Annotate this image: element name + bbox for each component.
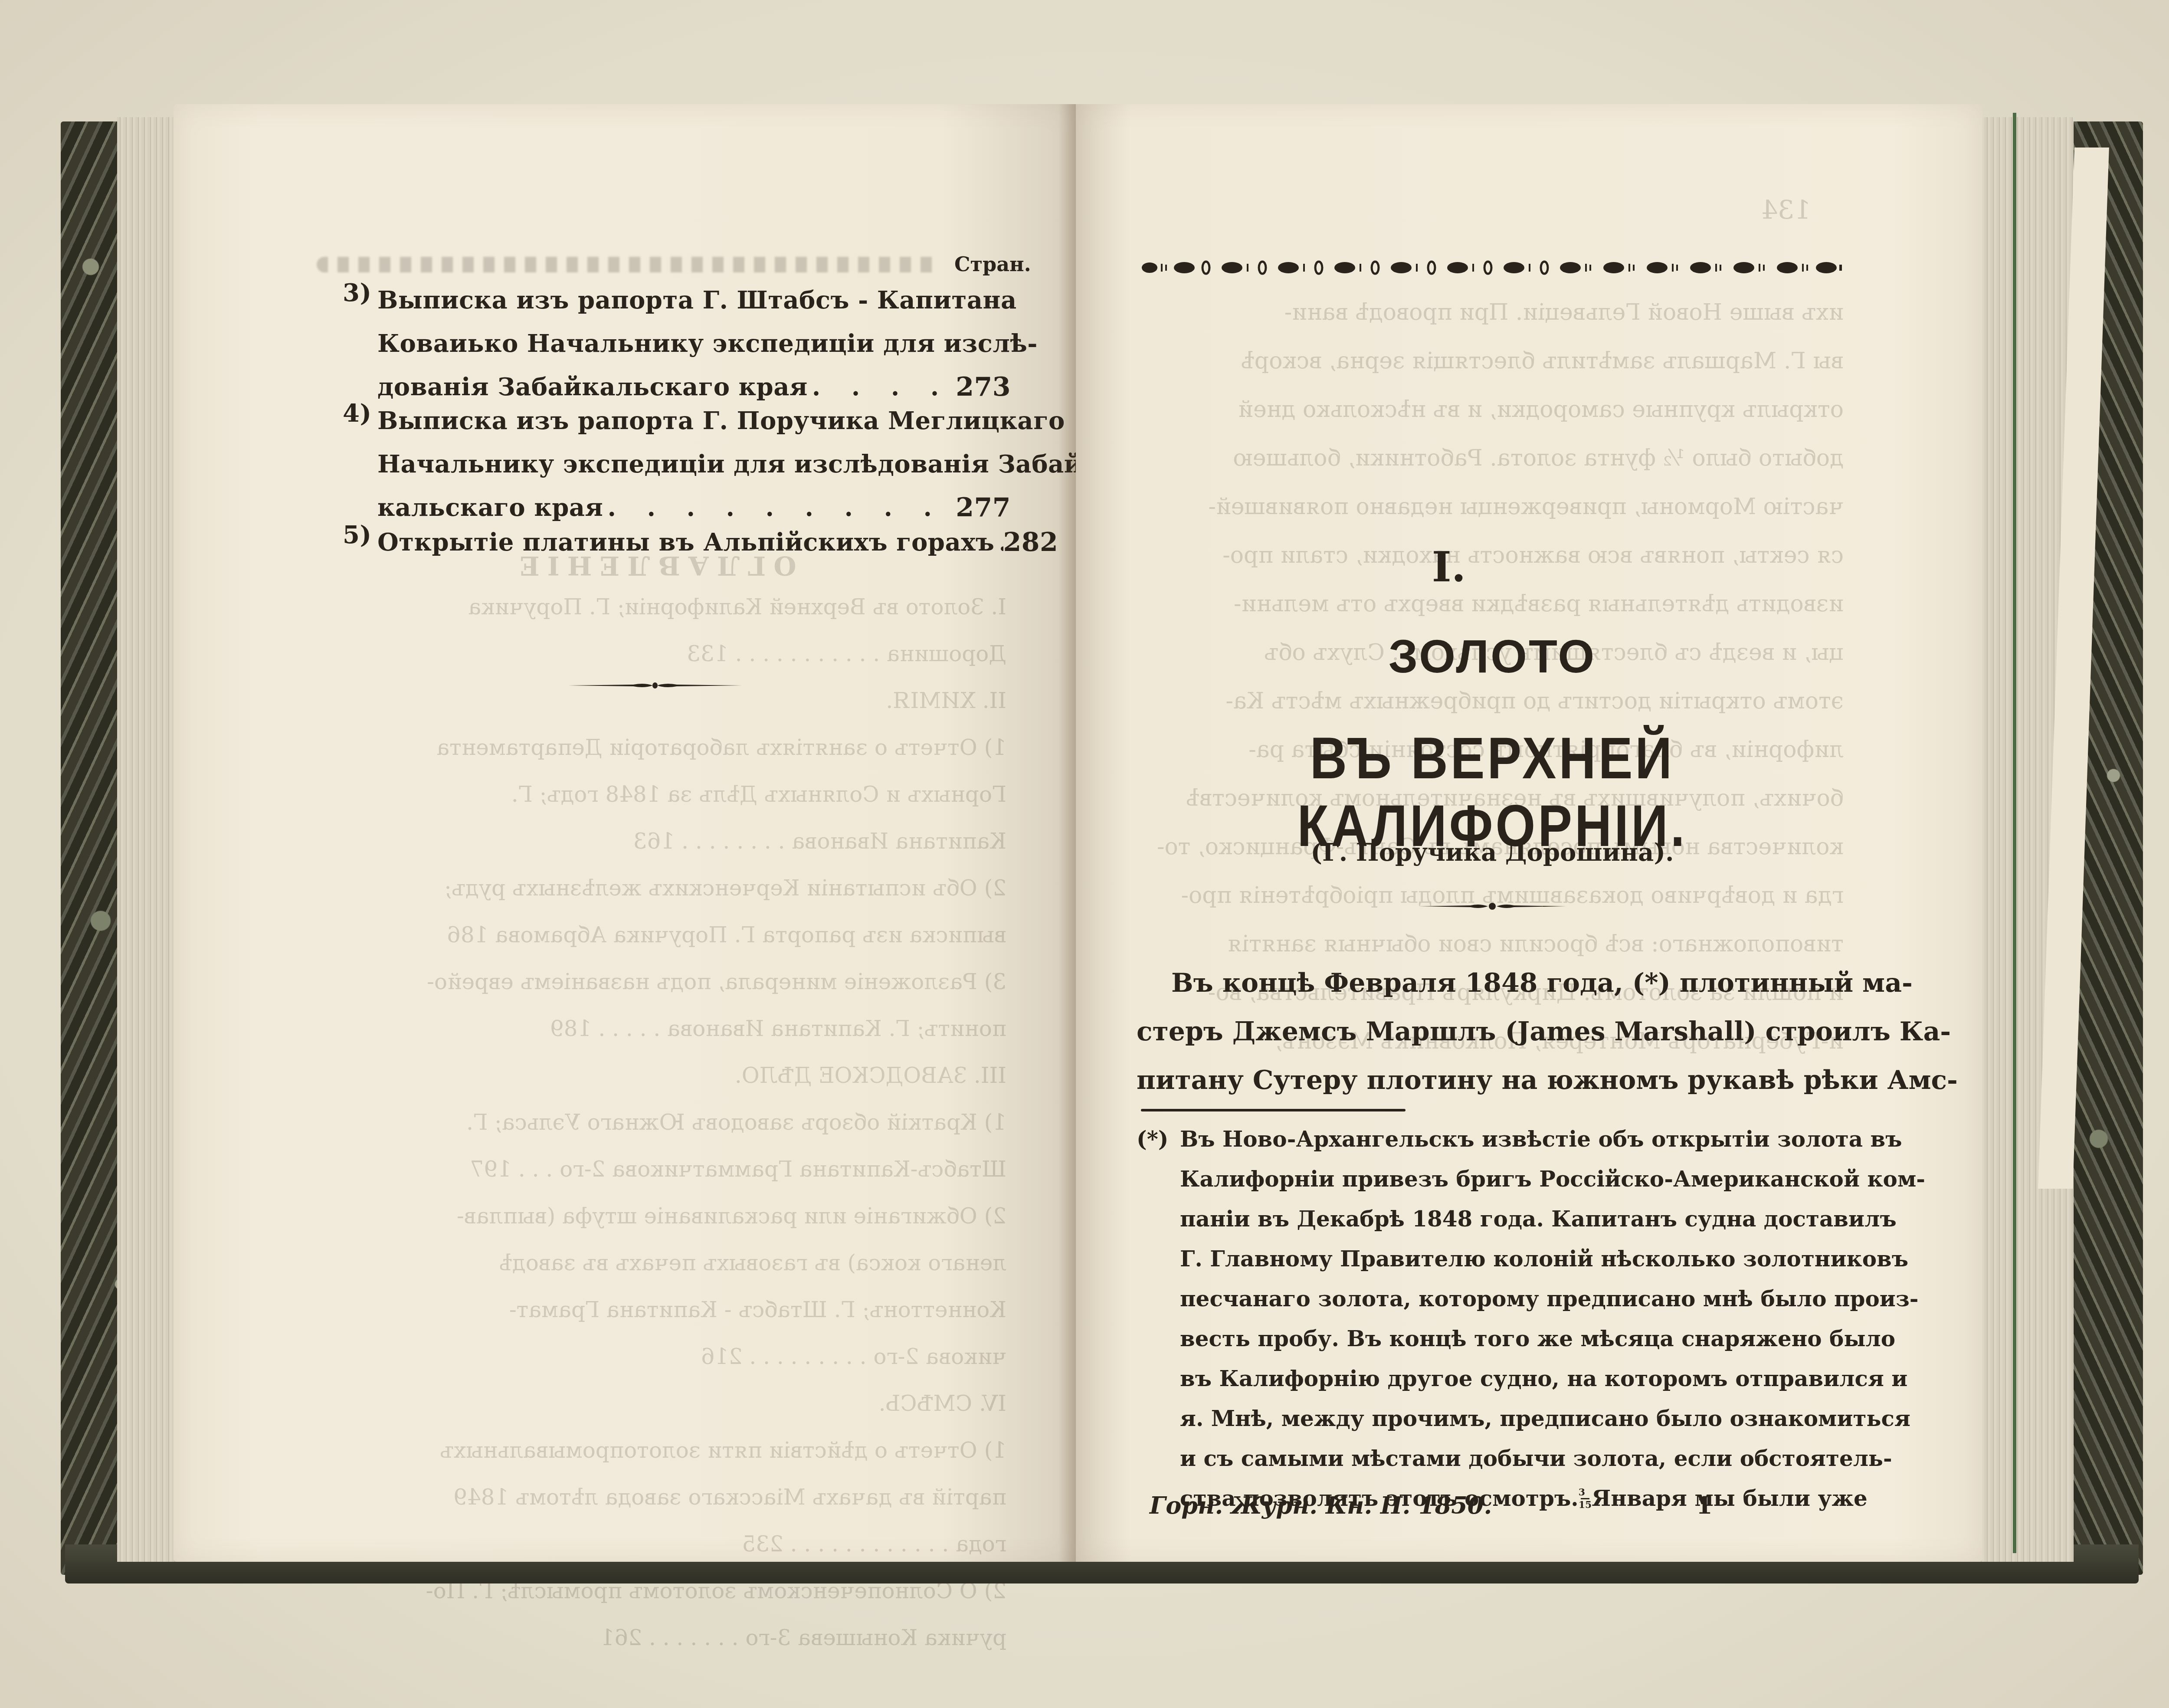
date-fraction: 3 15 <box>1579 1488 1592 1510</box>
signature-mark: 1 <box>1696 1492 1713 1519</box>
toc-number: 5) <box>343 521 371 549</box>
article-title-line1: ЗОЛОТО <box>1141 629 1844 683</box>
toc-leader-dots: . . <box>995 521 1003 564</box>
headpiece-ornament-icon <box>1141 260 1844 275</box>
article-byline: (Г. Поручика Дорошина). <box>1141 838 1844 867</box>
article-body: Въ концѣ Февраля 1848 года, (*) плотинны… <box>1137 959 1848 1105</box>
bookmark-ribbon <box>2013 113 2016 1553</box>
journal-signature: Горн. Журн. Кн. II. 1850. <box>1150 1492 1492 1519</box>
toc-entry-3: 3) Выписка изъ рапорта Г. Штабсъ - Капит… <box>377 279 1011 409</box>
toc-entry-4: 4) Выписка изъ рапорта Г. Поручика Мегли… <box>377 399 1011 529</box>
left-bleed-through: I. Золото въ Верхней Калифорніи; Г. Пору… <box>356 594 1006 1672</box>
footnote-rule <box>1141 1109 1406 1111</box>
toc-page-number: 282 <box>1003 521 1058 564</box>
toc-entry-5: 5) Открытіе платины въ Альпійскихъ горах… <box>377 521 1011 564</box>
page-edges-left <box>117 117 182 1562</box>
section-number: I. <box>1406 542 1492 591</box>
tailpiece-ornament-icon <box>568 682 742 688</box>
divider-ornament-icon <box>1419 902 1566 910</box>
footnote: (*) Въ Ново-Архангельскъ извѣстіе объ от… <box>1137 1119 1848 1518</box>
toc-number: 4) <box>343 399 371 428</box>
page-column-header: Стран. <box>954 252 1031 276</box>
footnote-marker: (*) <box>1137 1119 1168 1159</box>
toc-number: 3) <box>343 279 371 307</box>
ghost-ornament-border <box>317 257 941 272</box>
ghost-folio: 134 <box>1761 195 1811 226</box>
